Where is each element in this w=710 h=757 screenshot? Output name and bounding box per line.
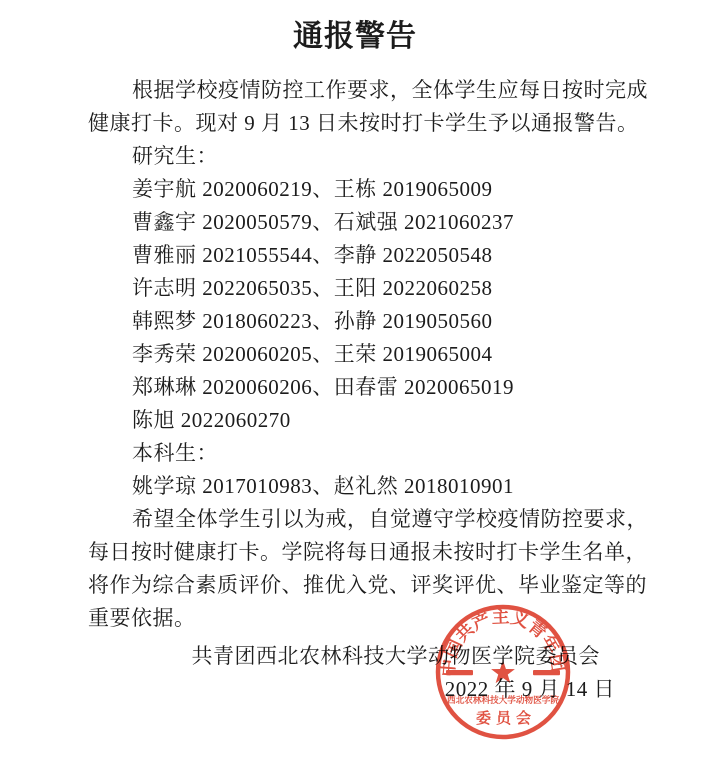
notice-document: 通报警告 根据学校疫情防控工作要求，全体学生应每日按时完成 健康打卡。现对 9 …	[0, 0, 710, 757]
student-list-line: 陈旭 2022060270	[88, 404, 620, 437]
section-label-graduate: 研究生：	[88, 140, 620, 173]
student-list-line: 姜宇航 2020060219、王栋 2019065009	[88, 173, 620, 206]
student-list-line: 李秀荣 2020060205、王荣 2019065004	[88, 338, 620, 371]
student-list-line: 韩熙梦 2018060223、孙静 2019050560	[88, 305, 620, 338]
signature-organization: 共青团西北农林科技大学动物医学院委员会	[88, 640, 620, 673]
seal-committee-text: 委员会	[476, 709, 536, 727]
body-line: 根据学校疫情防控工作要求，全体学生应每日按时完成	[88, 74, 620, 107]
document-title: 通报警告	[0, 18, 710, 56]
section-label-undergraduate: 本科生：	[88, 437, 620, 470]
body-line: 重要依据。	[88, 602, 620, 635]
document-body: 根据学校疫情防控工作要求，全体学生应每日按时完成 健康打卡。现对 9 月 13 …	[88, 74, 620, 635]
student-list-line: 许志明 2022065035、王阳 2022060258	[88, 272, 620, 305]
student-list-line: 姚学琼 2017010983、赵礼然 2018010901	[88, 470, 620, 503]
body-line: 将作为综合素质评价、推优入党、评奖评优、毕业鉴定等的	[88, 569, 620, 602]
signature-block: 共青团西北农林科技大学动物医学院委员会 2022 年 9 月 14 日	[88, 640, 620, 706]
student-list-line: 曹鑫宇 2020050579、石斌强 2021060237	[88, 206, 620, 239]
student-list-line: 郑琳琳 2020060206、田春雷 2020065019	[88, 371, 620, 404]
body-line: 希望全体学生引以为戒，自觉遵守学校疫情防控要求，	[88, 503, 620, 536]
body-line: 健康打卡。现对 9 月 13 日未按时打卡学生予以通报警告。	[88, 107, 620, 140]
body-line: 每日按时健康打卡。学院将每日通报未按时打卡学生名单，	[88, 536, 620, 569]
signature-date: 2022 年 9 月 14 日	[88, 673, 620, 706]
student-list-line: 曹雅丽 2021055544、李静 2022050548	[88, 239, 620, 272]
